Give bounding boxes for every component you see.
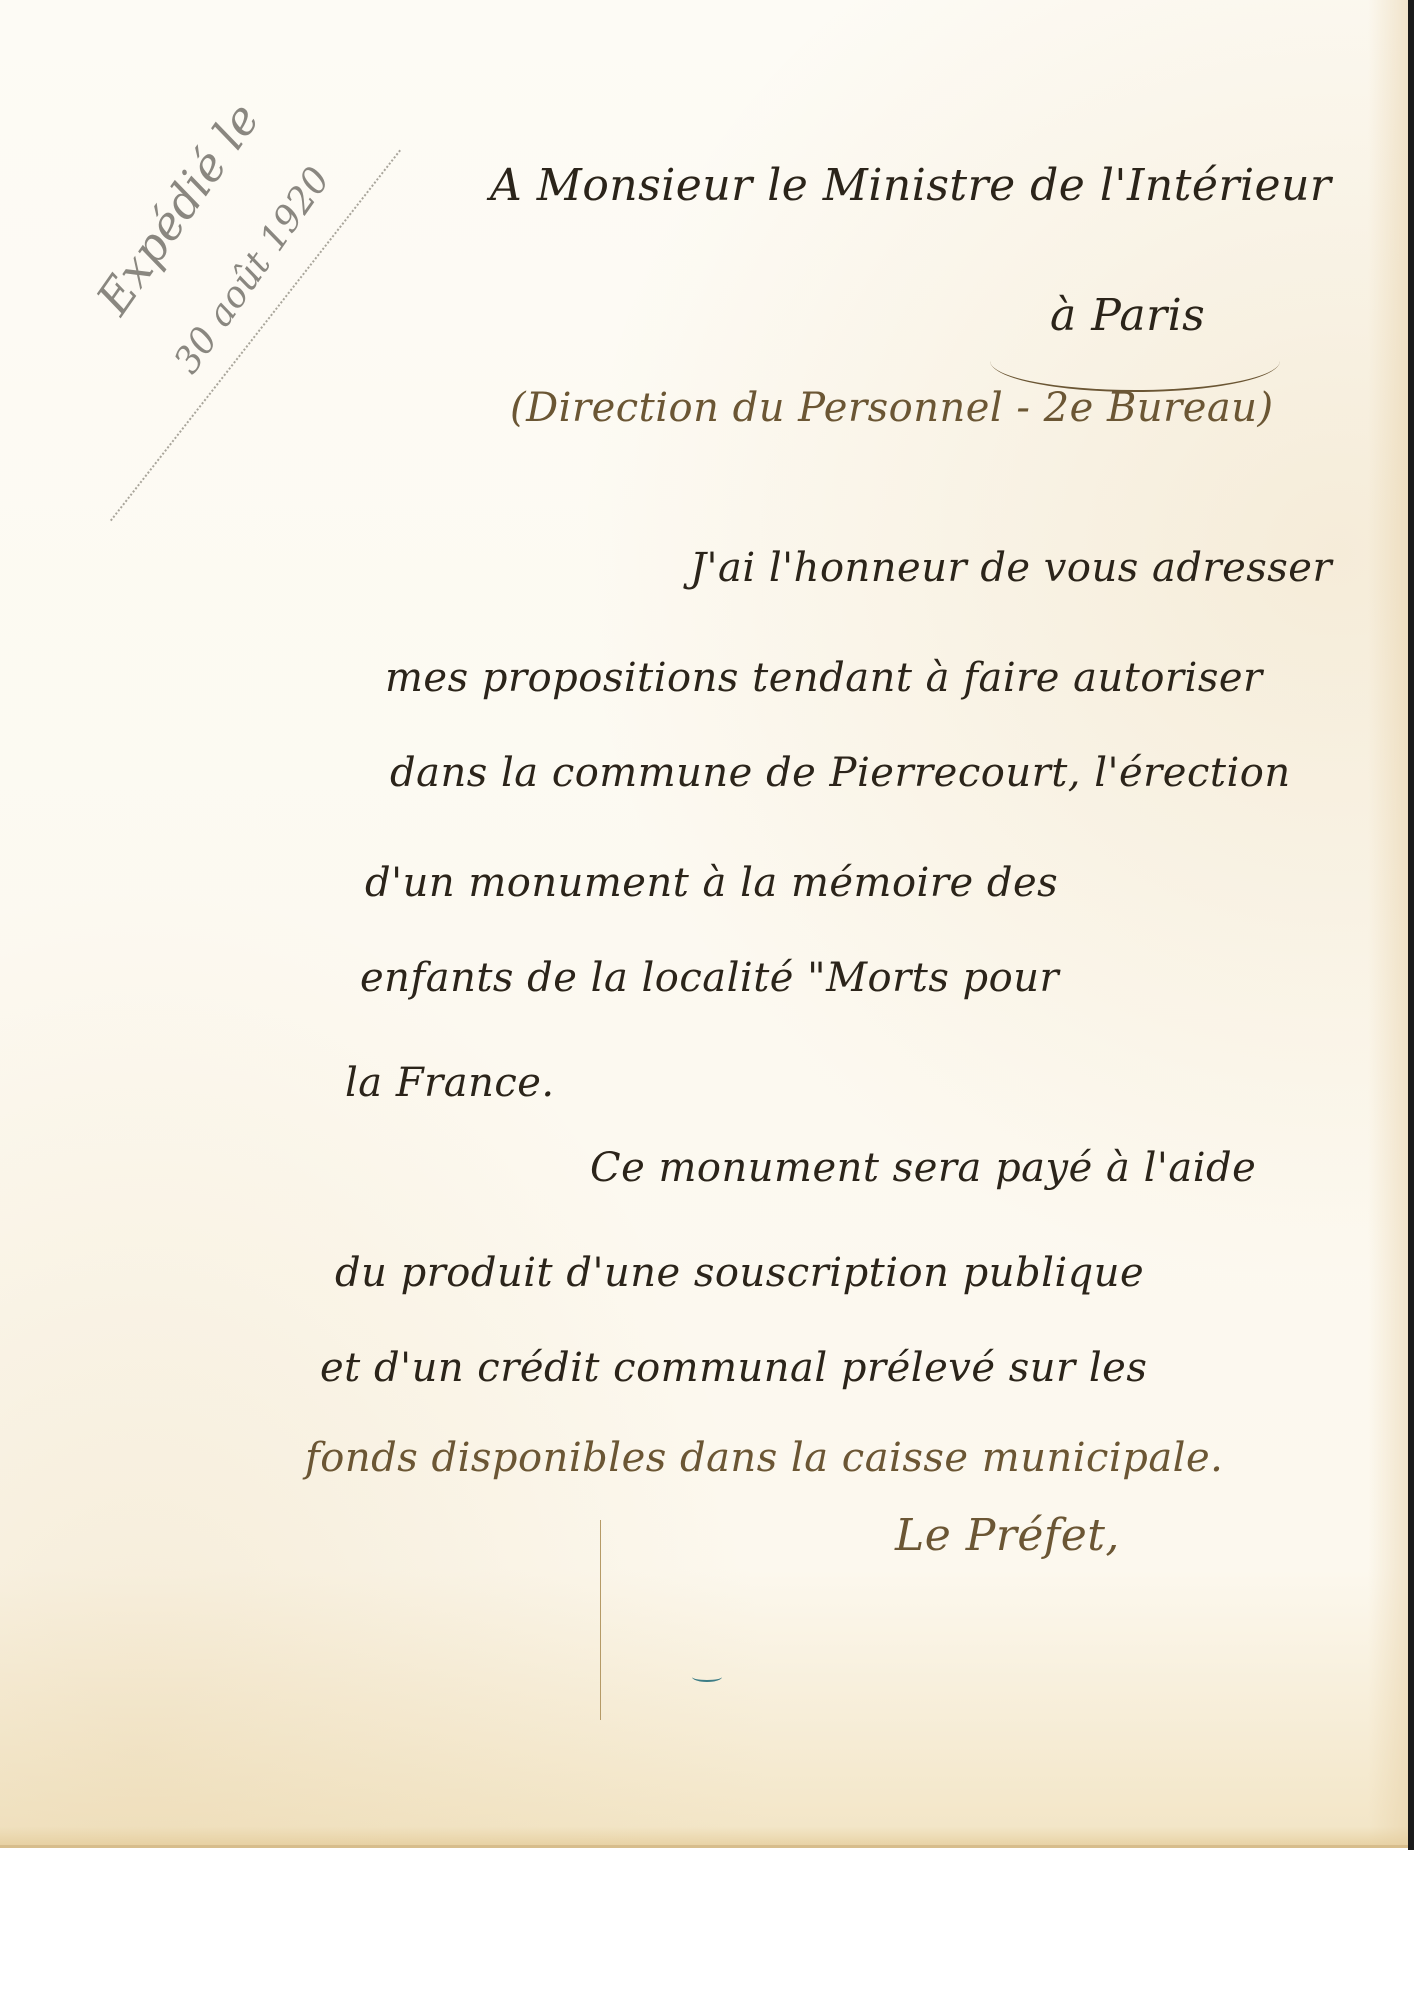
body-line-4: d'un monument à la mémoire des xyxy=(365,860,1058,906)
body-line-3: dans la commune de Pierrecourt, l'érecti… xyxy=(390,750,1291,796)
ink-mark xyxy=(692,1672,722,1682)
scan-edge xyxy=(1408,0,1414,1850)
body-line-1: J'ai l'honneur de vous adresser xyxy=(690,545,1332,591)
signature: Le Préfet, xyxy=(895,1510,1120,1561)
body-line-7: Ce monument sera payé à l'aide xyxy=(590,1145,1256,1191)
body-line-2: mes propositions tendant à faire autoris… xyxy=(385,655,1263,701)
body-line-10: fonds disponibles dans la caisse municip… xyxy=(305,1435,1223,1481)
department-line: (Direction du Personnel - 2e Bureau) xyxy=(510,385,1274,431)
paper-sheet xyxy=(0,0,1408,1848)
recipient-line: A Monsieur le Ministre de l'Intérieur xyxy=(490,160,1331,211)
initials-mark xyxy=(600,1520,641,1720)
body-line-9: et d'un crédit communal prélevé sur les xyxy=(320,1345,1147,1391)
underline-arc xyxy=(990,330,1280,392)
body-line-5: enfants de la localité "Morts pour xyxy=(360,955,1059,1001)
body-line-6: la France. xyxy=(345,1060,555,1106)
body-line-8: du produit d'une souscription publique xyxy=(335,1250,1144,1296)
